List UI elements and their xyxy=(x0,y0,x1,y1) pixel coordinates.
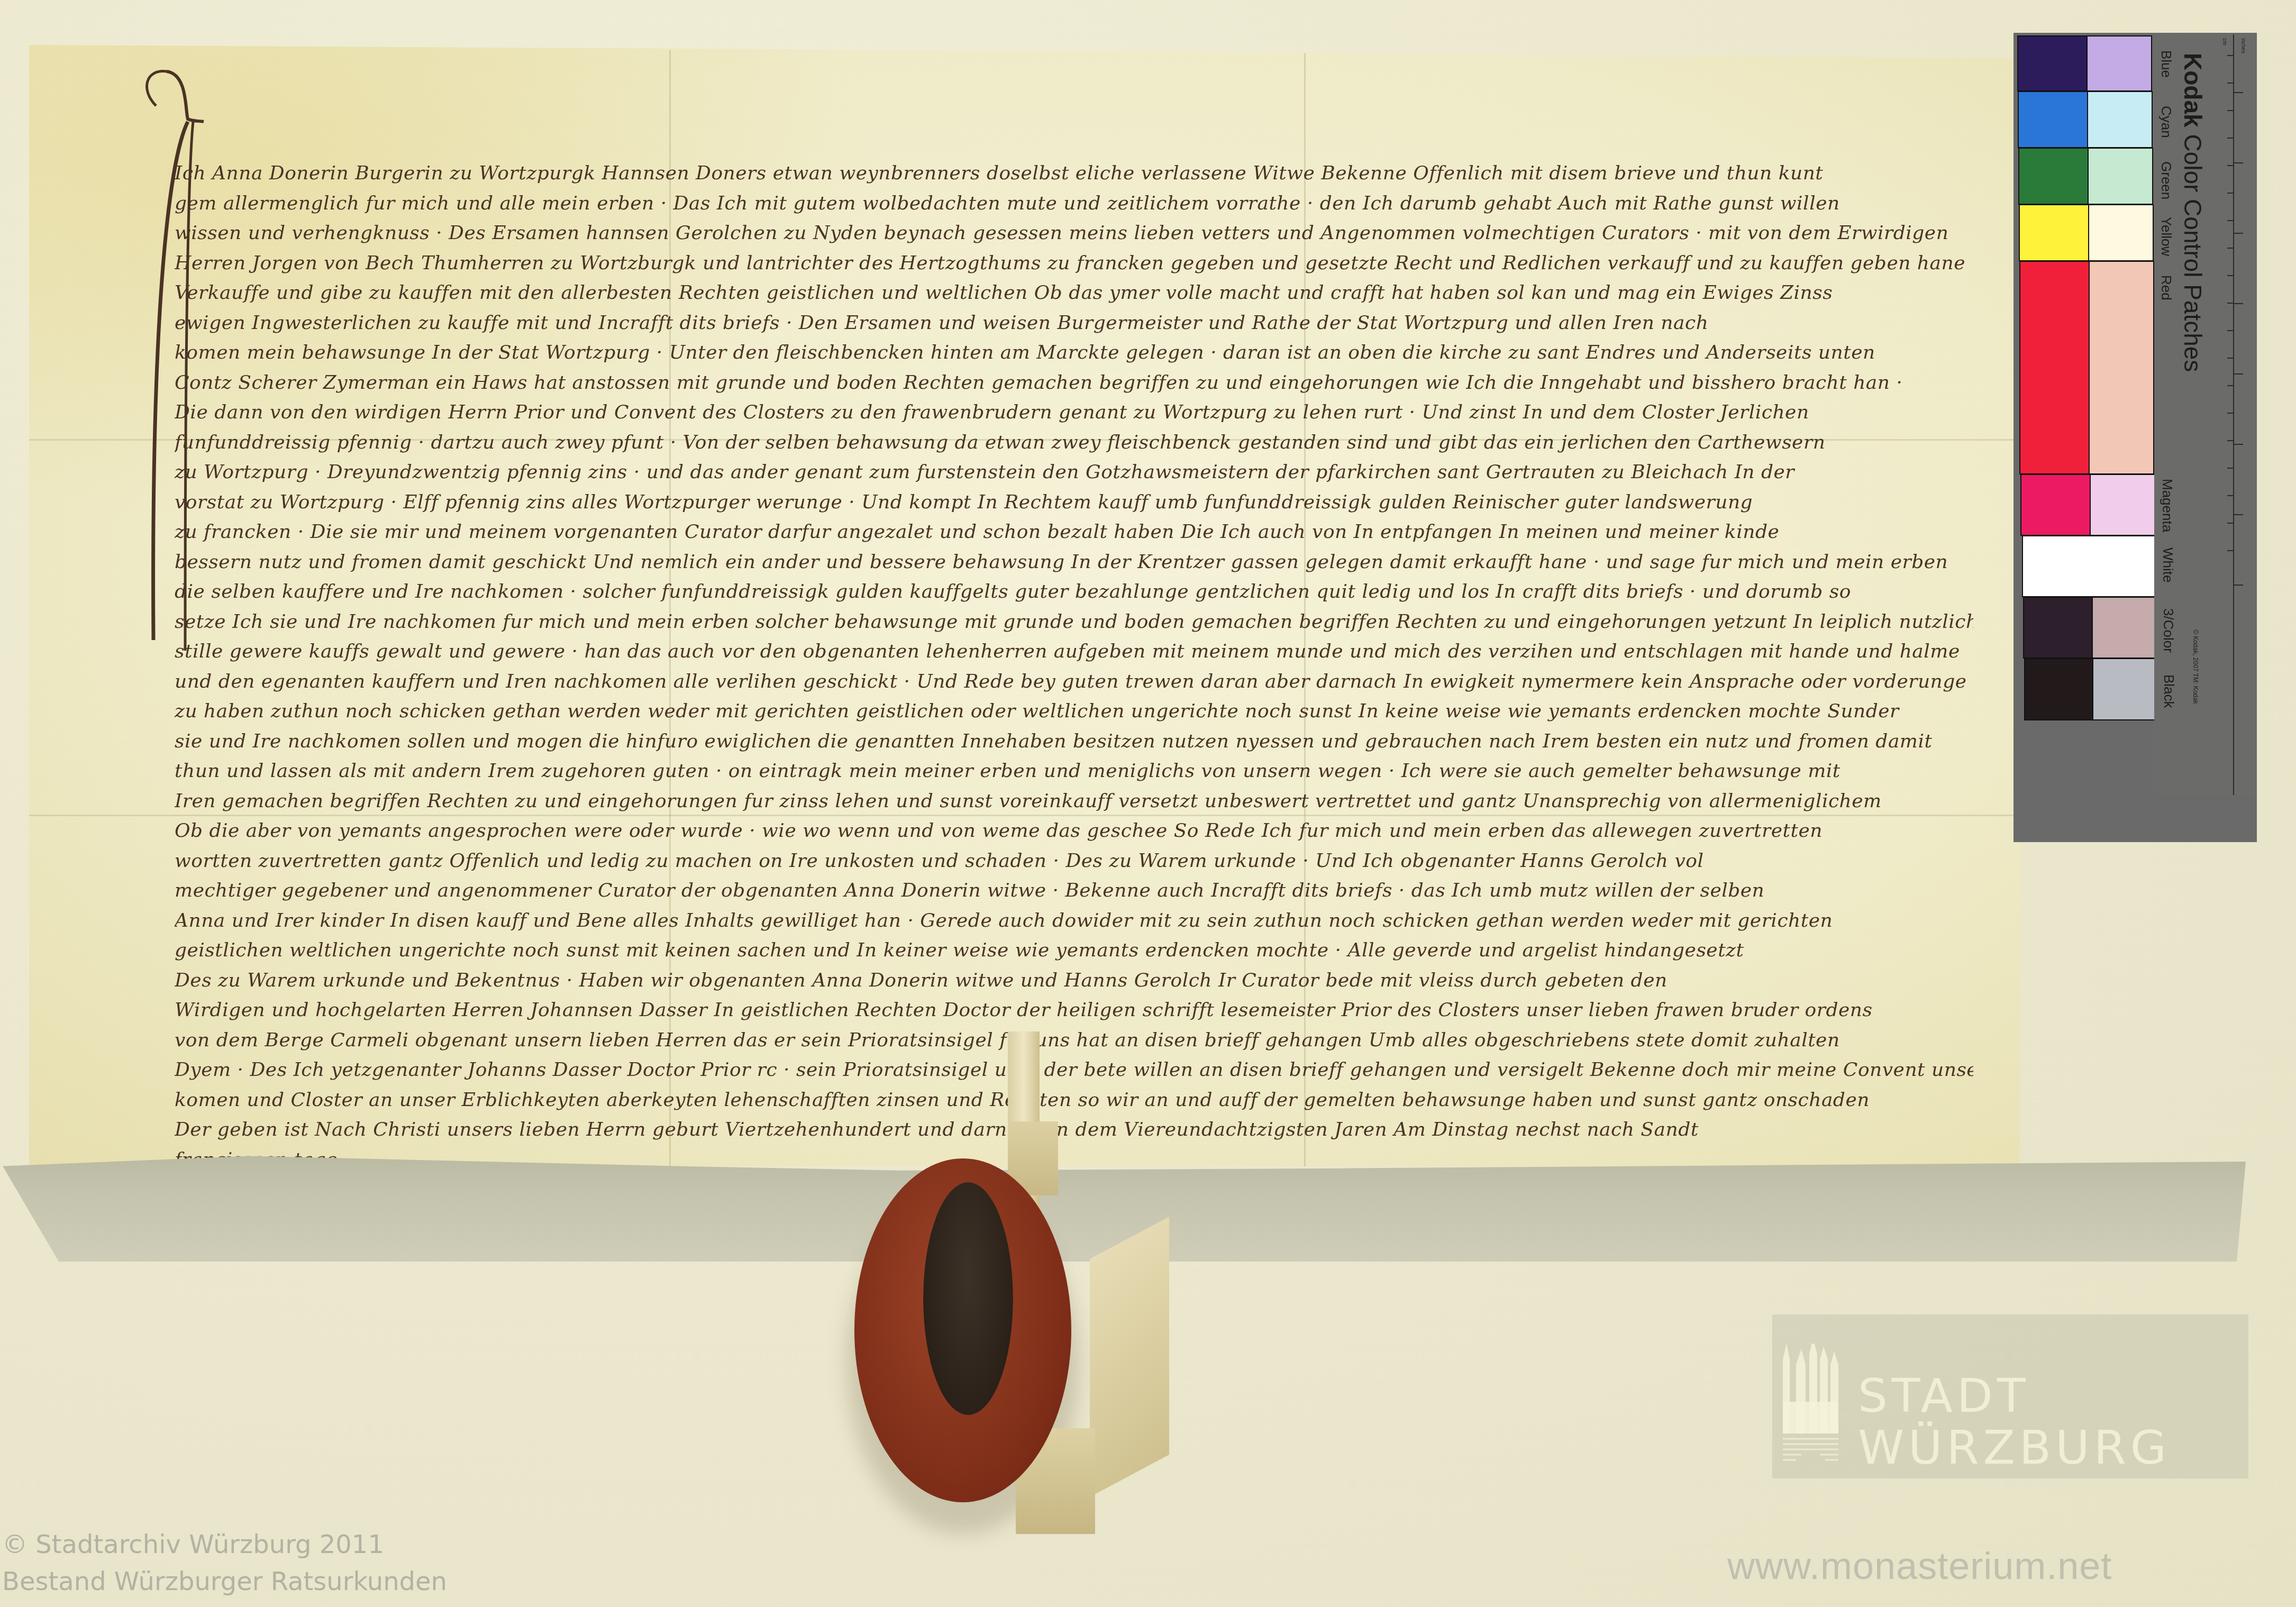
text-line: wissen und verhengknuss · Des Ersamen ha… xyxy=(175,218,1973,249)
patch-black-light xyxy=(2092,658,2159,720)
patch-blue-dark xyxy=(2017,35,2088,92)
text-line: Anna und Irer kinder In disen kauff und … xyxy=(175,906,1973,936)
kodak-brand: Kodak Color Control Patches xyxy=(2179,53,2207,372)
kodak-card-title: Color Control Patches xyxy=(2179,134,2207,372)
text-line: Dyem · Des Ich yetzgenanter Johanns Dass… xyxy=(175,1055,1973,1085)
text-line: Herren Jorgen von Bech Thumherren zu Wor… xyxy=(175,249,1973,279)
monasterium-url: www.monasterium.net xyxy=(1727,1545,2112,1588)
patch-label-green: Green xyxy=(2158,161,2174,199)
text-line: vorstat zu Wortzpurg · Elff pfennig zins… xyxy=(175,488,1973,518)
kodak-copyright: © Kodak, 2007 TM: Kodak xyxy=(2192,629,2199,704)
patch-label-black: Black xyxy=(2161,674,2177,708)
text-line: bessern nutz und fromen damit geschickt … xyxy=(175,547,1973,578)
text-line: Ich Anna Donerin Burgerin zu Wortzpurgk … xyxy=(175,159,1973,189)
patch-yellow-light xyxy=(2088,204,2154,261)
patch-cyan-light xyxy=(2087,91,2153,148)
text-line: Contz Scherer Zymerman ein Haws hat anst… xyxy=(175,368,1973,398)
text-line: und den egenanten kauffern und Iren nach… xyxy=(175,667,1973,697)
patch-red-dark xyxy=(2019,261,2090,474)
patch-label-yellow: Yellow xyxy=(2158,217,2174,256)
text-line: Die dann von den wirdigen Herrn Prior un… xyxy=(175,398,1973,428)
text-line: sie und Ire nachkomen sollen und mogen d… xyxy=(175,727,1973,757)
patch-magenta-dark xyxy=(2020,474,2091,536)
charter-text: Ich Anna Donerin Burgerin zu Wortzpurgk … xyxy=(175,159,1973,1175)
text-line: zu Wortzpurg · Dreyundzwentzig pfennig z… xyxy=(175,458,1973,488)
patch-magenta-light xyxy=(2090,474,2155,536)
text-line: ewigen Ingwesterlichen zu kauffe mit und… xyxy=(175,308,1973,339)
text-line: setze Ich sie und Ire nachkomen fur mich… xyxy=(175,607,1973,637)
patch-3color-dark xyxy=(2023,597,2093,659)
copyright-line: © Stadtarchiv Würzburg 2011 xyxy=(2,1526,447,1563)
text-line: Des zu Warem urkunde und Bekentnus · Hab… xyxy=(175,966,1973,996)
text-line: zu francken · Die sie mir und meinem vor… xyxy=(175,517,1973,547)
patch-blue-light xyxy=(2087,35,2152,92)
patch-label-white: White xyxy=(2160,547,2176,582)
patch-black-dark xyxy=(2024,658,2093,720)
logo-text-stadt: STADT xyxy=(1858,1370,2171,1422)
text-line: von dem Berge Carmeli obgenant unsern li… xyxy=(175,1026,1973,1056)
archive-copyright: © Stadtarchiv Würzburg 2011 Bestand Würz… xyxy=(2,1526,447,1600)
logo-text-wuerzburg: WÜRZBURG xyxy=(1858,1422,2171,1474)
patch-label-cyan: Cyan xyxy=(2158,106,2174,138)
patch-white xyxy=(2022,535,2157,597)
text-line: Wirdigen und hochgelarten Herren Johanns… xyxy=(175,996,1973,1026)
text-line: thun und lassen als mit andern Irem zuge… xyxy=(175,756,1973,787)
patch-label-magenta: Magenta xyxy=(2159,479,2175,532)
patch-3color-light xyxy=(2092,597,2158,659)
text-line: mechtiger gegebener und angenommener Cur… xyxy=(175,876,1973,906)
text-line: die selben kauffere und Ire nachkomen · … xyxy=(175,577,1973,607)
kodak-brand-name: Kodak xyxy=(2179,53,2207,127)
logo-text: STADT WÜRZBURG xyxy=(1858,1370,2171,1474)
text-line: komen und Closter an unser Erblichkeyten… xyxy=(175,1085,1973,1116)
text-line: gem allermenglich fur mich und alle mein… xyxy=(175,189,1973,219)
patch-red-light xyxy=(2089,261,2154,474)
patch-green-dark xyxy=(2018,148,2089,205)
text-line: Der geben ist Nach Christi unsers lieben… xyxy=(175,1115,1973,1145)
seal-impression xyxy=(923,1182,1013,1415)
text-line: stille gewere kauffs gewalt und gewere ·… xyxy=(175,637,1973,667)
patch-label-3color: 3/Color xyxy=(2160,608,2176,653)
text-line: Verkauffe und gibe zu kauffen mit den al… xyxy=(175,278,1973,308)
patch-green-light xyxy=(2088,148,2153,205)
text-line: Iren gemachen begriffen Rechten zu und e… xyxy=(175,787,1973,817)
ruler-ticks xyxy=(2217,34,2257,795)
text-line: funfunddreissig pfennig · dartzu auch zw… xyxy=(175,428,1973,458)
patch-yellow-dark xyxy=(2019,204,2089,261)
city-skyline-icon xyxy=(1780,1344,1841,1471)
text-line: Ob die aber von yemants angesprochen wer… xyxy=(175,816,1973,846)
seal-tag-tail xyxy=(1090,1217,1169,1497)
text-line: wortten zuvertretten gantz Offenlich und… xyxy=(175,846,1973,876)
text-line: zu haben zuthun noch schicken gethan wer… xyxy=(175,697,1973,727)
patch-label-red: Red xyxy=(2158,275,2174,300)
text-line: komen mein behawsunge In der Stat Wortzp… xyxy=(175,338,1973,368)
patch-cyan-dark xyxy=(2018,91,2088,148)
collection-line: Bestand Würzburger Ratsurkunden xyxy=(2,1563,447,1600)
text-line: geistlichen weltlichen ungerichte noch s… xyxy=(175,936,1973,966)
patch-label-blue: Blue xyxy=(2158,50,2174,78)
